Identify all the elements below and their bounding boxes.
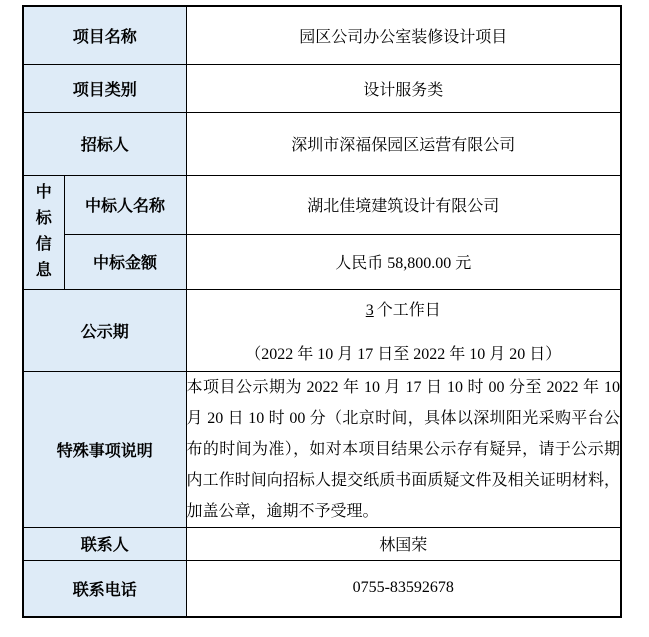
publicity-period-value: 3个工作日 （2022 年 10 月 17 日至 2022 年 10 月 20 … <box>186 289 621 371</box>
contact-phone-value: 0755-83592678 <box>186 560 621 617</box>
contact-person-label: 联系人 <box>23 527 186 560</box>
publicity-days-number: 3 <box>366 302 377 319</box>
table-row-winner-name: 中标信息 中标人名称 湖北佳境建筑设计有限公司 <box>23 175 621 234</box>
table-row-special-notes: 特殊事项说明 本项目公示期为 2022 年 10 月 17 日 10 时 00 … <box>23 371 621 527</box>
table-row-contact-phone: 联系电话 0755-83592678 <box>23 560 621 617</box>
contact-phone-label: 联系电话 <box>23 560 186 617</box>
table-row-bid-amount: 中标金额 人民币 58,800.00 元 <box>23 234 621 289</box>
bid-info-group-vertical-text: 中标信息 <box>35 180 53 284</box>
special-notes-label: 特殊事项说明 <box>23 371 186 527</box>
project-name-value: 园区公司办公室装修设计项目 <box>186 6 621 64</box>
special-notes-value: 本项目公示期为 2022 年 10 月 17 日 10 时 00 分至 2022… <box>186 371 621 527</box>
tenderee-value: 深圳市深福保园区运营有限公司 <box>186 112 621 175</box>
bid-amount-label: 中标金额 <box>64 234 186 289</box>
bid-info-group-label: 中标信息 <box>23 175 64 289</box>
winner-name-value: 湖北佳境建筑设计有限公司 <box>186 175 621 234</box>
publicity-period-label: 公示期 <box>23 289 186 371</box>
project-name-label: 项目名称 <box>23 6 186 64</box>
table-row-project-name: 项目名称 园区公司办公室装修设计项目 <box>23 6 621 64</box>
winner-name-label: 中标人名称 <box>64 175 186 234</box>
table-row-project-type: 项目类别 设计服务类 <box>23 64 621 112</box>
publicity-date-range: （2022 年 10 月 17 日至 2022 年 10 月 20 日） <box>187 341 621 364</box>
publicity-days-suffix: 个工作日 <box>377 302 441 319</box>
publicity-duration: 3个工作日 <box>187 297 621 320</box>
bid-amount-value: 人民币 58,800.00 元 <box>186 234 621 289</box>
project-type-label: 项目类别 <box>23 64 186 112</box>
tenderee-label: 招标人 <box>23 112 186 175</box>
table-row-tenderee: 招标人 深圳市深福保园区运营有限公司 <box>23 112 621 175</box>
bid-result-table: 项目名称 园区公司办公室装修设计项目 项目类别 设计服务类 招标人 深圳市深福保… <box>22 5 622 618</box>
table-row-publicity-period: 公示期 3个工作日 （2022 年 10 月 17 日至 2022 年 10 月… <box>23 289 621 371</box>
table-row-contact-person: 联系人 林国荣 <box>23 527 621 560</box>
contact-person-value: 林国荣 <box>186 527 621 560</box>
announcement-page: 项目名称 园区公司办公室装修设计项目 项目类别 设计服务类 招标人 深圳市深福保… <box>0 0 649 637</box>
project-type-value: 设计服务类 <box>186 64 621 112</box>
